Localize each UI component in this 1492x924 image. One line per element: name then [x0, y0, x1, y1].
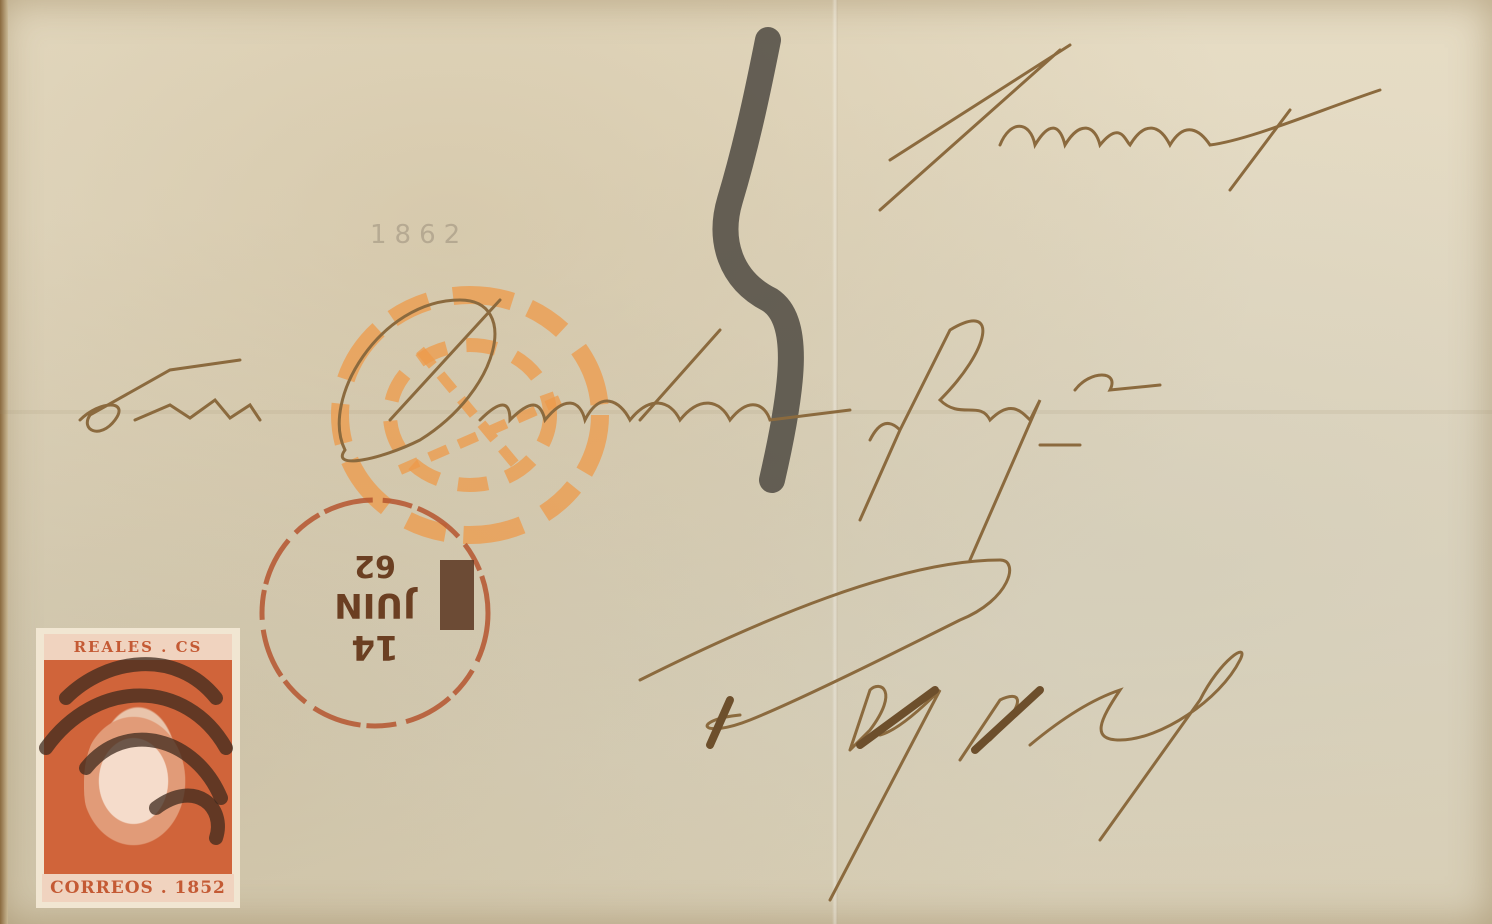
stamp-year-text: CORREOS . 1852	[42, 874, 234, 902]
postage-stamp: REALES . CS CORREOS . 1852	[36, 628, 240, 908]
postal-cover: 1862 14 JUIN 62	[0, 0, 1492, 924]
grill-cancel	[26, 638, 246, 858]
